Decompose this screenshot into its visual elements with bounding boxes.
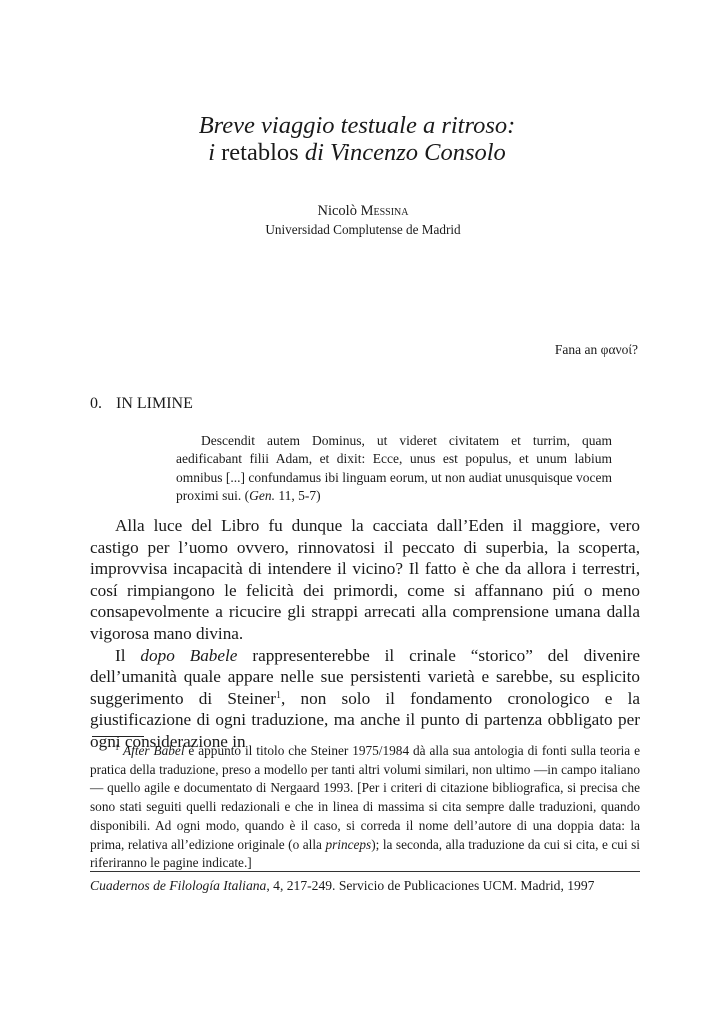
footnote-text-1: è appunto il titolo che Steiner 1975/198…: [90, 743, 640, 852]
quote-text: Descendit autem Dominus, ut videret civi…: [176, 433, 612, 503]
section-number: 0.: [90, 394, 116, 414]
title-line-1-text: Breve viaggio testuale a ritroso:: [199, 112, 516, 139]
title-line-2-suffix: di Vincenzo Consolo: [305, 139, 506, 166]
paragraph-1: Alla luce del Libro fu dunque la cacciat…: [90, 515, 640, 645]
journal-citation: Cuadernos de Filología Italiana, 4, 217-…: [90, 877, 640, 895]
author-surname: Messina: [361, 203, 409, 219]
section-heading: 0.IN LIMINE: [90, 394, 193, 414]
body-text: Alla luce del Libro fu dunque la cacciat…: [90, 515, 640, 753]
author-name: Nicolò Messina: [0, 201, 726, 221]
title-line-2-roman: retablos: [215, 139, 305, 166]
quote-citation-ref: 11, 5-7): [275, 488, 321, 503]
paragraph-2-start: Il: [115, 646, 140, 665]
document-page: Breve viaggio testuale a ritroso: i reta…: [0, 0, 726, 1024]
page-footer-rule: [90, 871, 640, 872]
author-block: Nicolò Messina Universidad Complutense d…: [0, 201, 726, 239]
journal-title: Cuadernos de Filología Italiana: [90, 878, 266, 893]
footnote-marker: 1: [115, 743, 119, 752]
title-line-2-prefix: i: [208, 139, 215, 166]
journal-details: , 4, 217-249. Servicio de Publicaciones …: [266, 878, 594, 893]
footnote-italic-title: After Babel: [123, 743, 185, 758]
article-title: Breve viaggio testuale a ritroso: i reta…: [0, 112, 726, 166]
paragraph-2: Il dopo Babele rappresenterebbe il crina…: [90, 645, 640, 753]
footnote-italic-princeps: princeps: [325, 837, 371, 852]
author-affiliation: Universidad Complutense de Madrid: [0, 221, 726, 239]
block-quote: Descendit autem Dominus, ut videret civi…: [176, 432, 612, 505]
title-line-2: i retablos di Vincenzo Consolo: [0, 139, 726, 166]
footnote-1: 1After Babel è appunto il titolo che Ste…: [90, 742, 640, 873]
epigraph: Fana an φανοί?: [555, 341, 638, 359]
title-line-1: Breve viaggio testuale a ritroso:: [0, 112, 726, 139]
footnote-separator: [92, 736, 144, 737]
section-title: IN LIMINE: [116, 395, 193, 412]
paragraph-2-italic: dopo Babele: [140, 646, 237, 665]
quote-citation-source: Gen.: [249, 488, 275, 503]
author-first-name: Nicolò: [318, 203, 361, 219]
